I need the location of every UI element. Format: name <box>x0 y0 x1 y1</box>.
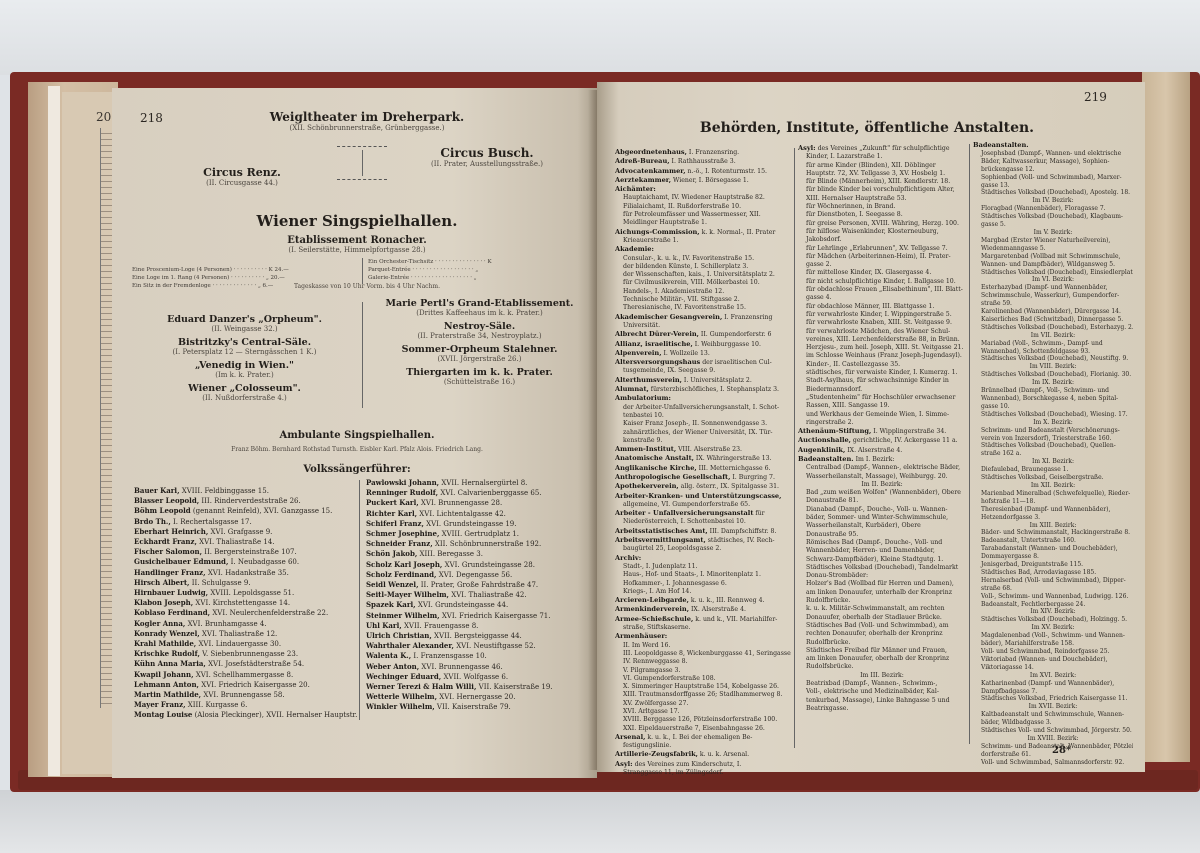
list-item: Scholz Karl Joseph, XVI. Grundsteingasse… <box>366 560 591 570</box>
venue-address: (II. Weingasse 32.) <box>132 325 357 333</box>
entry-text: III. Dampfschiffstr. 8. <box>710 528 777 535</box>
left-page-edge <box>48 86 60 776</box>
directory-entry: für verwahrloste Mädchen, des Wiener Sch… <box>798 328 966 336</box>
list-item: Winkler Wilhelm, VII. Kaiserstraße 79. <box>366 702 591 712</box>
entry-text: I. Burgring 7. <box>732 474 775 481</box>
directory-entry: für blinde Kinder bei vorschulpflichtige… <box>798 186 966 194</box>
directory-entry: XIII. Trautmansdorffgasse 26; Stadlhamme… <box>615 691 791 699</box>
directory-entry: Armenhäuser: <box>615 632 791 641</box>
list-item: Ulrich Christian, XVII. Bergsteiggasse 4… <box>366 631 591 641</box>
directory-entry: Allianz, israelitische, I. Weihburggasse… <box>615 340 791 349</box>
table-surface <box>0 790 1200 853</box>
list-item: Eckhardt Franz, XVI. Thaliastraße 14. <box>134 537 359 547</box>
directory-entry: Donaustraße 81. <box>798 497 966 505</box>
directory-entry: im Schlosse Weinhaus (Franz Joseph-Jugen… <box>798 352 966 360</box>
directory-entry: allgemeine, VI. Gumpendorferstraße 65. <box>615 501 791 509</box>
directory-entry: Abgeordnetenhaus, I. Franzensring. <box>615 148 791 157</box>
directory-entry: Akademie: <box>615 245 791 254</box>
directory-entry: tenbastei 10. <box>615 412 791 420</box>
directory-entry: Kriegs-, I. Am Hof 14. <box>615 588 791 596</box>
list-item: Wahrthaler Alexander, XVI. Neustiftgasse… <box>366 641 591 651</box>
right-page-stack <box>1142 72 1190 762</box>
directory-entry: gasse 10. <box>973 403 1133 411</box>
directory-entry: Marienbad Mineralbad (Schwefelquelle), R… <box>973 490 1133 498</box>
directory-entry: Auctionshalle, gerichtliche, IV. Ackerga… <box>798 436 966 445</box>
directory-entry: IV. Rennweggasse 8. <box>615 658 791 666</box>
directory-entry: Arbeiter - Unfallversicherungsanstalt fü… <box>615 509 791 518</box>
directory-entry: Arbeiter-Kranken- und Unterstützungscass… <box>615 492 791 501</box>
entry-heading: Arbeitsvermittlungsamt, <box>615 536 706 544</box>
directory-entry: Esterhazybad (Dampf- und Wannenbäder, <box>973 284 1133 292</box>
district-heading: Im VI. Bezirk: <box>973 276 1133 284</box>
district-heading: Im IX. Bezirk: <box>973 379 1133 387</box>
directory-entry: XVIII. Berggasse 126, Pötzleinsdorferstr… <box>615 716 791 724</box>
circus-renz-address: (II. Circusgasse 44.) <box>172 179 312 187</box>
directory-entry: Stadt-Asylhaus, für schwachsinnige Kinde… <box>798 377 966 385</box>
directory-entry: Schwimmschule, Wasserkur), Gumpendorfer- <box>973 292 1133 300</box>
directory-entry: städtisches, für verwaiste Kinder, I. Ku… <box>798 369 966 377</box>
directory-entry: der Arbeiter-Unfallversicherungsanstalt,… <box>615 404 791 412</box>
list-item: Böhm Leopold (genannt Reinfeld), XVI. Ga… <box>134 506 359 516</box>
directory-entry: Consular-, k. u. k., IV. Favoritenstraße… <box>615 255 791 263</box>
directory-entry: Wasserheilanstalt, Massage), Weihburgg. … <box>798 473 966 481</box>
venue-name: Thiergarten im k. k. Prater. <box>367 367 592 378</box>
list-item: Richter Karl, XVI. Lichtentalgasse 42. <box>366 509 591 519</box>
list-item: Weber Anton, XVI. Brunnengasse 46. <box>366 662 591 672</box>
entry-text: III. Metternichgasse 6. <box>699 465 771 472</box>
directory-entry: Städtisches Bad (Voll- und Schwimmbad), … <box>798 622 966 630</box>
entry-text: gerichtliche, IV. Ackergasse 11 a. <box>853 437 958 444</box>
entry-heading: Allianz, israelitische, <box>615 340 693 348</box>
district-heading: Im VII. Bezirk: <box>973 332 1133 340</box>
directory-entry: für obdachlose Männer, III. Blattgasse 1… <box>798 303 966 311</box>
directory-entry: XXI. Eipeldauerstraße 7, Eisenbahngasse … <box>615 725 791 733</box>
directory-entry: Badeanstalt, Untertstraße 160. <box>973 537 1133 545</box>
entry-text: VIII. Alserstraße 23. <box>678 446 742 453</box>
venues-left: Eduard Danzer's „Orpheum". (II. Weingass… <box>132 314 357 402</box>
weigl-title: Weigltheater im Dreherpark. <box>232 110 502 124</box>
directory-entry: Städtisches Volksbad (Douchebad), Klagba… <box>973 213 1133 221</box>
directory-entry: straße, Stiftskaserne. <box>615 624 791 632</box>
column-divider <box>969 144 970 744</box>
directory-entry: für Dienstboten, I. Seegasse 8. <box>798 211 966 219</box>
venue-name: Marie Pertl's Grand-Etablissement. <box>367 298 592 309</box>
directory-entry: Margbad (Erster Wiener Naturheilverein), <box>973 237 1133 245</box>
list-item: Kwapil Johann, XVI. Schellhammergasse 8. <box>134 670 359 680</box>
directory-entry: Bad „zum weißen Wolfen" (Wannenbäder), O… <box>798 489 966 497</box>
list-item: Krischke Rudolf, V. Siebenbrunnengasse 2… <box>134 649 359 659</box>
entry-text: Wiener, I. Börsegasse 1. <box>673 177 749 184</box>
district-heading: Im XV. Bezirk: <box>973 624 1133 632</box>
district-heading: Im XVI. Bezirk: <box>973 672 1133 680</box>
list-item: Spazek Karl, XVI. Grundsteingasse 44. <box>366 600 591 610</box>
directory-entry: für nicht schulpflichtige Kinder, I. Bal… <box>798 278 966 286</box>
directory-entry: Donauufer, oberhalb der Stadlauer Brücke… <box>798 614 966 622</box>
list-item: Schön Jakob, XIII. Beregasse 3. <box>366 549 591 559</box>
directory-entry: am linken Donauufer, unterhalb der Kronp… <box>798 589 966 597</box>
directory-entry: Haus-, Hof- und Staats-, I. Minoritenpla… <box>615 571 791 579</box>
directory-entry: Katharinenbad (Dampf- und Wannenbäder), <box>973 680 1133 688</box>
entry-heading: Anatomische Anstalt, <box>615 454 694 462</box>
list-item: Schiferl Franz, XVI. Grundsteingasse 19. <box>366 519 591 529</box>
venues-right: Marie Pertl's Grand-Etablissement. (Drit… <box>367 298 592 386</box>
directory-entry: Jakobsdorf. <box>798 236 966 244</box>
directory-entry: „Studentenheim" für Hochschüler erwachse… <box>798 394 966 402</box>
entry-heading: Badeanstalten. <box>973 142 1029 149</box>
divider <box>362 258 363 284</box>
list-item: Bauer Karl, XVIII. Feldbinggasse 15. <box>134 486 359 496</box>
district-heading: Im XVII. Bezirk: <box>973 703 1133 711</box>
ronacher-title: Etablissement Ronacher. <box>242 235 472 246</box>
directory-entry: Städtisches Volksbad (Douchebad), Tandel… <box>798 564 966 572</box>
directory-entry: tusgemeinde, IX. Seegasse 9. <box>615 367 791 375</box>
entry-heading: Abgeordnetenhaus, <box>615 148 687 156</box>
directory-entry: XIII. Hernalser Hauptstraße 53. <box>798 195 966 203</box>
directory-entry: verein von Inzersdorf), Triesterstraße 1… <box>973 435 1133 443</box>
directory-entry: Theresianische, IV. Favoritenstraße 15. <box>615 304 791 312</box>
directory-entry: kenstraße 9. <box>615 437 791 445</box>
directory-entry: V. Pilgramgasse 3. <box>615 667 791 675</box>
directory-entry: tenkurbad, Massage), Linke Bahngasse 5 u… <box>798 697 966 705</box>
directory-entry: Voll-, Schwimm- und Wannenbad, Ludwigg. … <box>973 593 1133 601</box>
directory-entry: Städtisches Freibad für Männer und Fraue… <box>798 647 966 655</box>
directory-entry: für greise Personen, XVIII. Währing, Her… <box>798 220 966 228</box>
venue-address: (Schüttelstraße 16.) <box>367 378 592 386</box>
directory-entry: X. Simmeringer Hauptstraße 154, Kobelgas… <box>615 683 791 691</box>
entry-heading: Athenäum-Stiftung, <box>798 427 871 435</box>
list-item: Montag Louise (Alosia Pleckinger), XVII.… <box>134 710 359 720</box>
directory-entry: Jenisgerbad, Dreiguntstraße 115. <box>973 561 1133 569</box>
directory-entry: Rassen, XIII. Sangasse 19. <box>798 402 966 410</box>
entry-text: I. Weihburggasse 10. <box>695 341 761 348</box>
directory-entry: Josephsbad (Dampf-, Wannen- und elektris… <box>973 150 1133 158</box>
directory-entry: Akademischer Gesangverein, I. Franzensri… <box>615 313 791 322</box>
list-item: Martin Mathilde, XVI. Brunnengasse 58. <box>134 690 359 700</box>
entry-heading: Arbeiter - Unfallversicherungsanstalt <box>615 509 753 517</box>
list-item: Renninger Rudolf, XVI. Calvarienberggass… <box>366 488 591 498</box>
district-heading: Im XI. Bezirk: <box>973 458 1133 466</box>
directory-entry: Artillerie-Zeugsfabrik, k. u. k. Arsenal… <box>615 750 791 759</box>
directory-entry: bäder, Wildbadgasse 3. <box>973 719 1133 727</box>
venue-address: (I. Petersplatz 12 — Sterngässchen 1 K.) <box>132 348 357 356</box>
directory-entry: vereines, XIII. Lerchenfelderstraße 88, … <box>798 336 966 344</box>
list-item: Schmer Josephine, XVIII. Gertrudplatz 1. <box>366 529 591 539</box>
directory-entry: Dianabad (Dampf-, Douche-, Voll- u. Wann… <box>798 506 966 514</box>
directory-entry: Dampfbadgasse 7. <box>973 688 1133 696</box>
directory-entry: gasse 4. <box>798 294 966 302</box>
venue-name: Eduard Danzer's „Orpheum". <box>132 314 357 325</box>
entry-heading: Augenklinik, <box>798 446 845 454</box>
right-page-title: Behörden, Institute, öffentliche Anstalt… <box>667 120 1067 136</box>
list-item: Wechinger Eduard, XVII. Wolfgasse 6. <box>366 672 591 682</box>
directory-entry: Kaiserliches Bad (Schwitzbad), Dinnergas… <box>973 316 1133 324</box>
directory-entry: Stranggasse 11, im Zülingsdorf. <box>615 769 791 777</box>
entry-text: I. Franzensring <box>724 314 772 321</box>
directory-entry: Mariabad (Voll-, Schwimm-, Dampf- und <box>973 340 1133 348</box>
directory-entry: Asyl: des Vereines „Zukunft" für schulpf… <box>798 144 966 153</box>
directory-entry: Städtisches Volksbad (Douchebad), Holzin… <box>973 616 1133 624</box>
directory-entry: Handels-, I. Akademiestraße 12. <box>615 288 791 296</box>
entry-text: Im I. Bezirk: <box>856 456 895 463</box>
directory-entry: Badeanstalten. Im I. Bezirk: <box>798 455 966 464</box>
venue-name: Bistritzky's Central-Säle. <box>132 337 357 348</box>
list-item: Lehmann Anton, XVI. Friedrich Kaisergass… <box>134 680 359 690</box>
venue-name: Wiener „Colosseum". <box>132 383 357 394</box>
ambulante-names: Franz Böhm. Bernhard Rothstad Turnsth. E… <box>172 446 542 453</box>
right-page: 219 Behörden, Institute, öffentliche Ans… <box>597 82 1145 772</box>
directory-entry: Armee-Schießschule, k. und k., VII. Mari… <box>615 615 791 624</box>
directory-column-2: Asyl: des Vereines „Zukunft" für schulpf… <box>798 144 966 713</box>
divider <box>337 179 387 180</box>
entry-text: k. und k., VII. Mariahilfer- <box>695 616 777 623</box>
directory-entry: für obdachlose Frauen „Elisabethinum", I… <box>798 286 966 294</box>
venue-address: (Drittes Kaffeehaus im k. k. Prater.) <box>367 309 592 317</box>
directory-entry: Wasserheilanstalt, Kurbäder), Obere <box>798 522 966 530</box>
directory-entry: Technische Militär-, VII. Stiftgasse 2. <box>615 296 791 304</box>
directory-entry: Rudolfbrücke. <box>798 597 966 605</box>
entry-heading: Ammen-Institut, <box>615 445 676 453</box>
list-item: Wetterle Wilhelm, XVI. Hernergasse 20. <box>366 692 591 702</box>
list-item: Fischer Salomon, II. Bergersteinstraße 1… <box>134 547 359 557</box>
entry-text: k. u. k. Arsenal. <box>700 751 749 758</box>
entry-text: IX. Währingerstraße 13. <box>696 455 772 462</box>
list-item: Seidl Wenzel, II. Prater, Große Fahrdstr… <box>366 580 591 590</box>
directory-entry: Bäder, Kaltwasserkur, Massage), Sophien- <box>973 158 1133 166</box>
district-heading: Im XIII. Bezirk: <box>973 522 1133 530</box>
directory-entry: Alumnat, fürsterzbischöfliches, I. Steph… <box>615 385 791 394</box>
district-heading: Im II. Bezirk: <box>798 481 966 489</box>
directory-entry: Filialaichamt, II. Rußdorferstraße 10. <box>615 203 791 211</box>
ambulante-title: Ambulante Singspielhallen. <box>232 430 482 441</box>
venue-name: Sommer-Orpheum Stalehner. <box>367 344 592 355</box>
directory-entry: III. Leopoldgasse 8, Wickenburggasse 41,… <box>615 650 791 658</box>
directory-entry: Kinder, I. Lazarstraße 1. <box>798 153 966 161</box>
directory-entry: Asyl: des Vereines zum Kinderschutz, I. <box>615 760 791 769</box>
list-item: Koblaso Ferdinand, XVI. Neulerchenfelder… <box>134 608 359 618</box>
entry-text: IX. Alserstraße 4. <box>847 447 902 454</box>
list-item: Kogler Anna, XVI. Brunhamgasse 4. <box>134 619 359 629</box>
directory-entry: Hofkammer-, I. Johannesgasse 6. <box>615 580 791 588</box>
entry-heading: Arcieren-Leibgarde, <box>615 596 689 604</box>
directory-entry: Viktoriabad (Wannen- und Douchebäder), <box>973 656 1133 664</box>
divider <box>337 146 387 147</box>
directory-entry: Augenklinik, IX. Alserstraße 4. <box>798 446 966 455</box>
directory-entry: Anthropologische Gesellschaft, I. Burgri… <box>615 473 791 482</box>
entry-heading: Arsenal, <box>615 733 645 741</box>
directory-entry: straße 68. <box>973 585 1133 593</box>
list-item: Puckert Karl, XVI. Brunnengasse 28. <box>366 498 591 508</box>
directory-entry: bäder), Mariahilferstraße 158. <box>973 640 1133 648</box>
entry-heading: Badeanstalten. <box>798 455 854 463</box>
ronacher-address: (I. Seilerstätte, Himmelpfortgasse 28.) <box>242 246 472 254</box>
directory-entry: Universität. <box>615 322 791 330</box>
directory-entry: für verwahrloste Knaben, XIII. St. Veitg… <box>798 319 966 327</box>
directory-entry: Badeanstalt, Fechtlerbergasse 24. <box>973 601 1133 609</box>
directory-entry: Städtisches Volksbad (Douchebad), Aposte… <box>973 189 1133 197</box>
directory-entry: Herzjesu-, zum heil. Joseph, XIII. St. V… <box>798 344 966 352</box>
directory-entry: Städtisches Volksbad (Douchebad), Floria… <box>973 371 1133 379</box>
directory-entry: Arcieren-Leibgarde, k. u. k., III. Rennw… <box>615 596 791 605</box>
directory-entry: Städtisches Volksbad (Douchebad), Neusti… <box>973 355 1133 363</box>
entry-text: n.-ö., I. Rotenturmstr. 15. <box>688 168 767 175</box>
directory-entry: baugürtel 25, Leopoldsgasse 2. <box>615 545 791 553</box>
district-heading: Im VIII. Bezirk: <box>973 363 1133 371</box>
directory-entry: Wannenbäder, Herren- und Damenbäder, <box>798 547 966 555</box>
list-item: Seitl-Mayer Wilhelm, XVI. Thaliastraße 4… <box>366 590 591 600</box>
ronacher-prices-right: Ein Orchester-Tischsitz · · · · · · · · … <box>368 258 593 282</box>
entry-text: des Vereines „Zukunft" für schulpflichti… <box>818 145 950 152</box>
entry-heading: Aichungs-Commission, <box>615 228 700 236</box>
district-heading: Im V. Bezirk: <box>973 229 1133 237</box>
directory-entry: am linken Donauufer, oberhalb der Kronpr… <box>798 655 966 663</box>
directory-entry: Niederösterreich, I. Schottenbastei 10. <box>615 518 791 526</box>
directory-entry: Meidlinger Hauptstraße 1. <box>615 219 791 227</box>
district-heading: Im IV. Bezirk: <box>973 197 1133 205</box>
entry-text: I. Universitätsplatz 2. <box>684 377 752 384</box>
entry-heading: Armenkinderverein, <box>615 605 689 613</box>
directory-entry: Armenkinderverein, IX. Alserstraße 4. <box>615 605 791 614</box>
list-item: Steinmer Wilhelm, XVI. Friedrich Kaiserg… <box>366 611 591 621</box>
list-item: Scholz Ferdinand, XVI. Degengasse 56. <box>366 570 591 580</box>
ronacher-hours: Tageskasse von 10 Uhr Vorm. bis 4 Uhr Na… <box>262 283 472 290</box>
directory-entry: für arme Kinder (Blinden), XII. Döblinge… <box>798 162 966 170</box>
list-item: Uhl Karl, XVII. Frauengasse 8. <box>366 621 591 631</box>
entry-heading: Altersversorgungshaus <box>615 358 700 366</box>
directory-entry: Städtisches Volksbad (Douchebad), Einsie… <box>973 269 1133 277</box>
directory-entry: Tarabadanstalt (Wannen- und Douchebäder)… <box>973 545 1133 553</box>
directory-entry: Voll- und Schwimmbad, Reindorfgasse 25. <box>973 648 1133 656</box>
list-item: Brdo Th., I. Rechertalsgasse 17. <box>134 517 359 527</box>
entry-text: fürsterzbischöfliches, I. Stephansplatz … <box>651 386 779 393</box>
singspielhallen-title: Wiener Singspielhallen. <box>202 212 512 230</box>
directory-entry: Wannen- und Dampfbäder), Wildgansweg 5. <box>973 261 1133 269</box>
directory-entry: straße 59. <box>973 300 1133 308</box>
volkssaenger-list-left: Bauer Karl, XVIII. Feldbinggasse 15. Bla… <box>134 486 359 721</box>
directory-entry: Krieauerstraße 1. <box>615 237 791 245</box>
column-divider <box>362 302 363 408</box>
entry-text: I. Wollzeile 13. <box>663 350 709 357</box>
directory-entry: Voll-, elektrische und Medizinalbäder, K… <box>798 688 966 696</box>
district-heading: Im XIV. Bezirk: <box>973 608 1133 616</box>
venue-name: Nestroy-Säle. <box>367 321 592 332</box>
directory-entry: Hernalserbad (Voll- und Schwimmbad), Dip… <box>973 577 1133 585</box>
directory-entry: für Lehrlinge „Erlabrunnen", XV. Tellgas… <box>798 245 966 253</box>
entry-heading: Akademie: <box>615 245 654 253</box>
column-divider <box>794 148 795 748</box>
entry-text: städtisches, IV. Rech- <box>708 537 775 544</box>
entry-heading: Anthropologische Gesellschaft, <box>615 473 730 481</box>
volkssaenger-title: Volkssängerführer: <box>252 464 462 475</box>
directory-entry: Kaiser Franz Joseph-, II. Sonnenwendgass… <box>615 420 791 428</box>
directory-entry: Donaustraße 95. <box>798 531 966 539</box>
signature-mark: 28* <box>1052 745 1071 756</box>
entry-heading: Alterthumsverein, <box>615 376 682 384</box>
directory-entry: für Wöchnerinnen, in Brand. <box>798 203 966 211</box>
directory-entry: II. Im Werd 16. <box>615 642 791 650</box>
venue-name: „Venedig in Wien." <box>132 360 357 371</box>
list-item: Kühn Anna Maria, XVI. Josefstädterstraße… <box>134 659 359 669</box>
directory-entry: Kinder-, II. Castellezgasse 35. <box>798 361 966 369</box>
entry-heading: Adreß-Bureau, <box>615 157 670 165</box>
directory-entry: Schwimm- und Badeanstalt (Verschönerungs… <box>973 427 1133 435</box>
entry-heading: Aerztekammer, <box>615 176 671 184</box>
list-item: Werner Terezi & Halm Willi, VII. Kaisers… <box>366 682 591 692</box>
volkssaenger-list-right: Pawlowski Johann, XVII. Hernalsergürtel … <box>366 478 591 713</box>
list-item: Eberhart Heinrich, XVI. Grafgasse 9. <box>134 527 359 537</box>
circus-busch-address: (II. Prater, Ausstellungsstraße.) <box>402 160 572 168</box>
directory-entry: Städtisches Volksbad (Douchebad), Wiesin… <box>973 411 1133 419</box>
entry-heading: Asyl: <box>615 760 633 768</box>
directory-entry: Athenäum-Stiftung, I. Wipplingerstraße 3… <box>798 427 966 436</box>
directory-entry: Archiv: <box>615 554 791 563</box>
directory-column-1: Abgeordnetenhaus, I. Franzensring.Adreß-… <box>615 148 791 777</box>
list-item: Mayer Franz, XIII. Kurgasse 6. <box>134 700 359 710</box>
directory-entry: Centralbad (Dampf-, Wannen-, elektrische… <box>798 464 966 472</box>
directory-entry: für Blinde (Männerheim), XIII. Kendlerst… <box>798 178 966 186</box>
entry-heading: Armenhäuser: <box>615 632 667 640</box>
background-top <box>0 0 1200 75</box>
directory-entry: Arbeitsstatistisches Amt, III. Dampfschi… <box>615 527 791 536</box>
directory-entry: Magdalenenbad (Voll-, Schwimm- und Wanne… <box>973 632 1133 640</box>
directory-entry: Aichämter: <box>615 185 791 194</box>
directory-entry: Alterthumsverein, I. Universitätsplatz 2… <box>615 376 791 385</box>
directory-entry: Ambulatorium: <box>615 394 791 403</box>
entry-text: k. k. Normal-, II. Prater <box>702 229 776 236</box>
directory-entry: der bildenden Künste, I. Schillerplatz 3… <box>615 263 791 271</box>
directory-entry: Adreß-Bureau, I. Rathhausstraße 3. <box>615 157 791 166</box>
directory-entry: Arsenal, k. u. k., I. Bei der ehemaligen… <box>615 733 791 742</box>
directory-column-3: Badeanstalten. Josephsbad (Dampf-, Wanne… <box>973 142 1133 767</box>
directory-entry: Städtisches Volksbad (Douchebad), Esterh… <box>973 324 1133 332</box>
directory-entry: ringerstraße 2. <box>798 419 966 427</box>
directory-entry: Städtisches Volksbad, Friedrich Kaiserga… <box>973 695 1133 703</box>
directory-entry: Ammen-Institut, VIII. Alserstraße 23. <box>615 445 791 454</box>
directory-entry: Floragbad (Wannenbäder), Floragasse 7. <box>973 205 1133 213</box>
district-heading: Im XII. Bezirk: <box>973 482 1133 490</box>
entry-heading: Aichämter: <box>615 185 656 193</box>
entry-heading: Arbeitsstatistisches Amt, <box>615 527 708 535</box>
directory-entry: für hilflose Waisenkinder, Klosterneubur… <box>798 228 966 236</box>
entry-heading: Ambulatorium: <box>615 394 671 402</box>
list-item: Walenta K., I. Franzensgasse 10. <box>366 651 591 661</box>
directory-entry: Hauptstr. 72, XV. Tellgasse 3, XV. Hosbe… <box>798 170 966 178</box>
list-item: Hirnbauer Ludwig, XVIII. Lepoldsgasse 51… <box>134 588 359 598</box>
directory-entry: k. u. k. Militär-Schwimmanstalt, am rech… <box>798 605 966 613</box>
directory-entry: Kaltbadeanstalt und Schwimmschule, Wanne… <box>973 711 1133 719</box>
directory-entry: Aichungs-Commission, k. k. Normal-, II. … <box>615 228 791 237</box>
directory-entry: Rudolfsbrücke. <box>798 663 966 671</box>
directory-entry: Städtisches Volksbad, Geiselbergstraße. <box>973 474 1133 482</box>
directory-entry: Anglikanische Kirche, III. Metternichgas… <box>615 464 791 473</box>
directory-entry: Wannenbad), Borschkegasse 4, neben Spita… <box>973 395 1133 403</box>
directory-entry: rechten Donauufer, oberhalb der Kronprin… <box>798 630 966 638</box>
directory-entry: und Werkhaus der Gemeinde Wien, I. Simme… <box>798 411 966 419</box>
list-item: Schneider Franz, XII. Schönbrunnerstraße… <box>366 539 591 549</box>
entry-heading: Alpenverein, <box>615 349 662 357</box>
directory-entry: Beatrixbad (Dampf-, Wannen-, Schwimm-, <box>798 680 966 688</box>
entry-text: allg. österr., IX. Spitalgasse 31. <box>681 483 779 490</box>
district-heading: Im III. Bezirk: <box>798 672 966 680</box>
directory-entry: Viktoriagasse 14. <box>973 664 1133 672</box>
directory-entry: straße 162 a. <box>973 450 1133 458</box>
directory-entry: Bäder- und Schwimmanstalt, Hackingerstra… <box>973 529 1133 537</box>
directory-entry: für Mädchen (Arbeiterinnen-Heim), II. Pr… <box>798 253 966 261</box>
entry-heading: Apothekerverein, <box>615 482 679 490</box>
entry-heading: Anglikanische Kirche, <box>615 464 697 472</box>
venue-address: (II. Praterstraße 34, Nestroyplatz.) <box>367 332 592 340</box>
list-item: Krahl Mathilde, XVI. Lindauergasse 30. <box>134 639 359 649</box>
entry-heading: Arbeiter-Kranken- und Unterstützungscass… <box>615 492 781 500</box>
